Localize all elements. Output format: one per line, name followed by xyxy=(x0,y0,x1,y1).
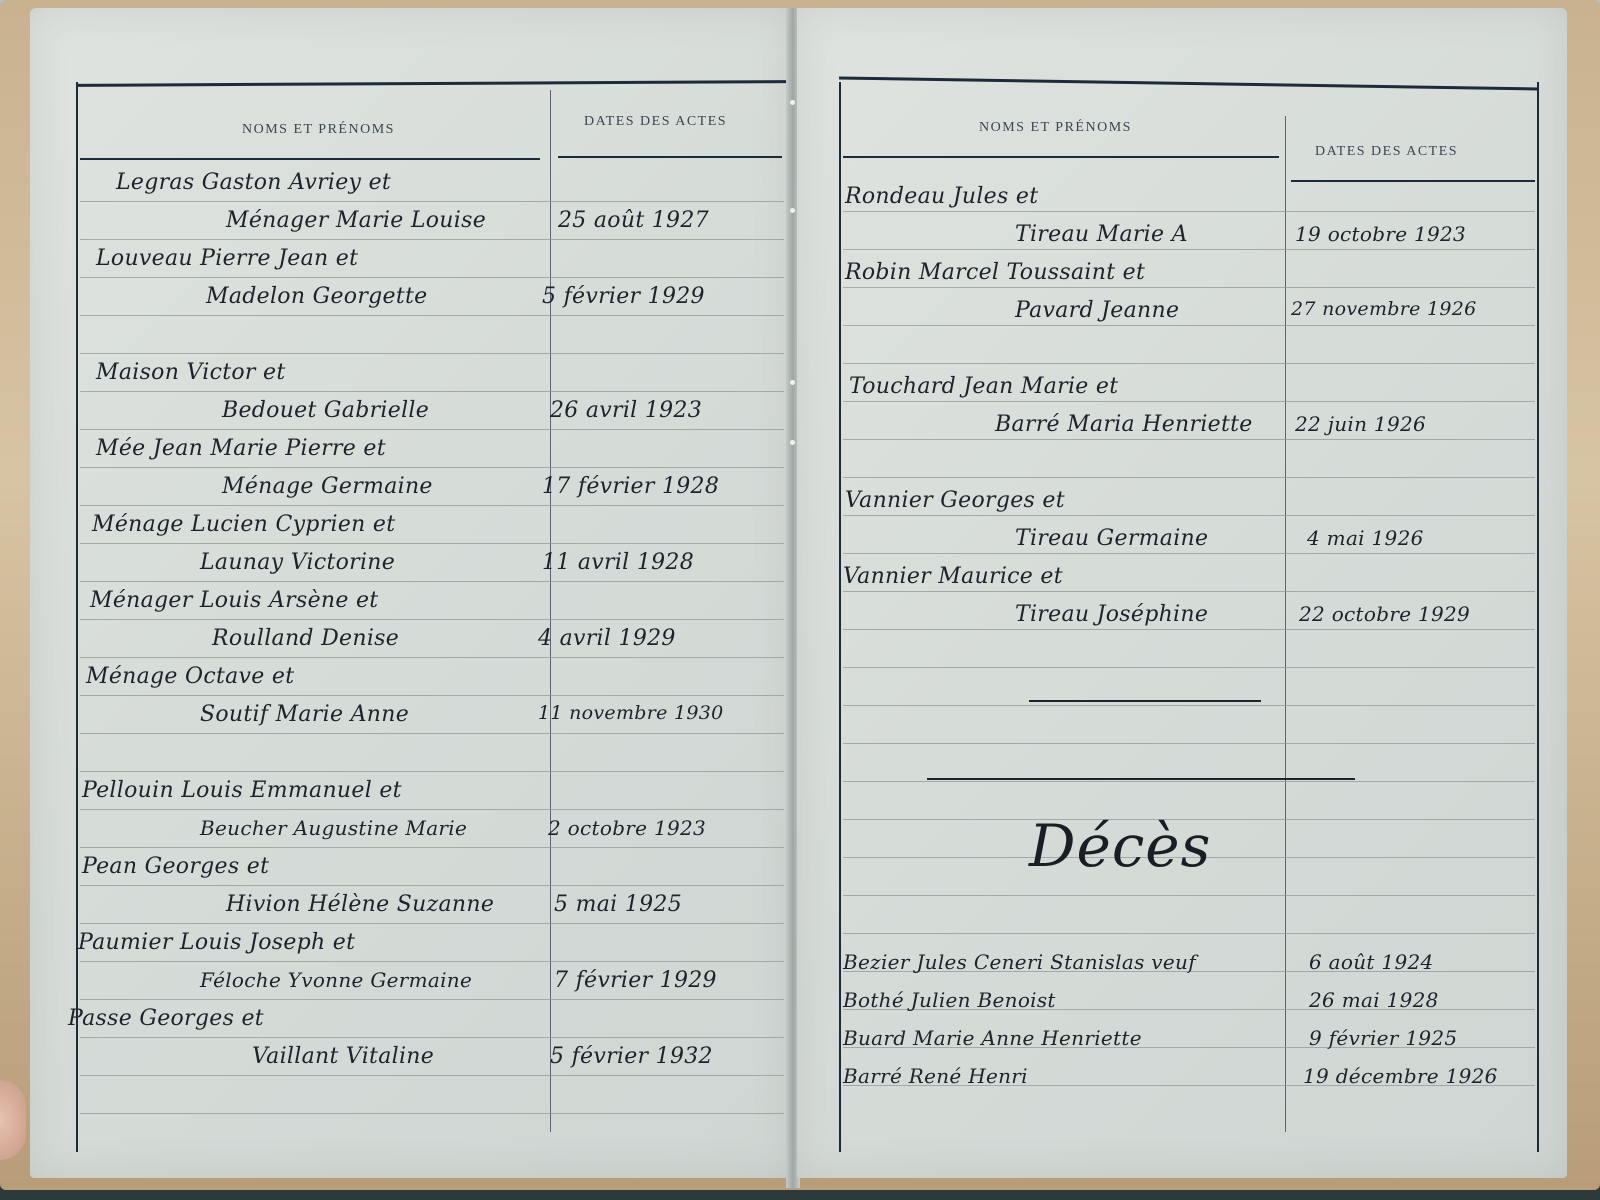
entry-name-line1: Touchard Jean Marie et xyxy=(849,374,1118,399)
right-page: NOMS ET PRÉNOMS DATES DES ACTES Rondeau … xyxy=(797,8,1567,1178)
names-header-rule xyxy=(80,158,540,160)
entry-date: 4 mai 1926 xyxy=(1307,526,1424,550)
register-entry: Rondeau Jules et Tireau Marie A 19 octob… xyxy=(839,180,1539,256)
register-entry: Touchard Jean Marie et Barré Maria Henri… xyxy=(839,370,1539,446)
left-page: NOMS ET PRÉNOMS DATES DES ACTES Legras G… xyxy=(30,8,792,1178)
deaths-list: Bezier Jules Ceneri Stanislas veuf 6 aoû… xyxy=(839,946,1539,1098)
register-entry: Paumier Louis Joseph et Féloche Yvonne G… xyxy=(76,926,788,1002)
entry-name-line1: Louveau Pierre Jean et xyxy=(96,246,358,271)
entry-name-line1: Vannier Georges et xyxy=(845,488,1065,513)
entry-name-line2: Roulland Denise xyxy=(212,626,399,651)
entry-name-line1: Robin Marcel Toussaint et xyxy=(845,260,1145,285)
names-column-header: NOMS ET PRÉNOMS xyxy=(242,122,395,138)
blank-row xyxy=(839,332,1539,370)
entry-date: 17 février 1928 xyxy=(542,474,719,499)
entry-name-line1: Ménage Octave et xyxy=(86,664,294,689)
entry-date: 26 avril 1923 xyxy=(550,398,702,423)
entry-name-line1: Vannier Maurice et xyxy=(843,564,1063,589)
left-entries-list: Legras Gaston Avriey et Ménager Marie Lo… xyxy=(76,166,788,1078)
blank-row xyxy=(76,736,788,774)
left-register-table: NOMS ET PRÉNOMS DATES DES ACTES Legras G… xyxy=(76,82,788,1152)
entry-name-line2: Launay Victorine xyxy=(200,550,395,575)
death-entry: Barré René Henri 19 décembre 1926 xyxy=(839,1060,1539,1098)
binding-hole xyxy=(790,100,795,105)
entry-date: 22 juin 1926 xyxy=(1295,412,1426,436)
entry-name-line2: Ménager Marie Louise xyxy=(226,208,486,233)
entry-name-line1: Passe Georges et xyxy=(68,1006,264,1031)
death-date: 26 mai 1928 xyxy=(1309,988,1439,1012)
entry-name-line1: Legras Gaston Avriey et xyxy=(116,170,391,195)
entry-name-line2: Tireau Germaine xyxy=(1015,526,1208,551)
entry-name-line1: Mée Jean Marie Pierre et xyxy=(96,436,386,461)
separator-long xyxy=(927,778,1355,780)
entry-name-line1: Ménager Louis Arsène et xyxy=(90,588,378,613)
register-entry: Legras Gaston Avriey et Ménager Marie Lo… xyxy=(76,166,788,242)
death-date: 19 décembre 1926 xyxy=(1303,1064,1498,1088)
entry-name-line1: Pellouin Louis Emmanuel et xyxy=(82,778,402,803)
death-entry: Bezier Jules Ceneri Stanislas veuf 6 aoû… xyxy=(839,946,1539,984)
entry-date: 11 avril 1928 xyxy=(542,550,694,575)
death-entry: Bothé Julien Benoist 26 mai 1928 xyxy=(839,984,1539,1022)
entry-name-line2: Tireau Joséphine xyxy=(1015,602,1208,627)
deces-section-title: Décès xyxy=(1029,812,1211,880)
death-entry: Buard Marie Anne Henriette 9 février 192… xyxy=(839,1022,1539,1060)
register-entry: Vannier Maurice et Tireau Joséphine 22 o… xyxy=(839,560,1539,636)
register-entry: Pellouin Louis Emmanuel et Beucher Augus… xyxy=(76,774,788,850)
entry-name-line2: Bedouet Gabrielle xyxy=(222,398,429,423)
entry-name-line1: Pean Georges et xyxy=(82,854,269,879)
register-entry: Louveau Pierre Jean et Madelon Georgette… xyxy=(76,242,788,318)
entry-date: 5 février 1929 xyxy=(542,284,705,309)
entry-name-line2: Pavard Jeanne xyxy=(1015,298,1179,323)
names-column-header: NOMS ET PRÉNOMS xyxy=(979,120,1132,136)
entry-date: 2 octobre 1923 xyxy=(548,816,706,840)
binding-hole xyxy=(790,380,795,385)
entry-name-line1: Rondeau Jules et xyxy=(845,184,1038,209)
register-entry: Vannier Georges et Tireau Germaine 4 mai… xyxy=(839,484,1539,560)
table-top-rule xyxy=(76,80,788,87)
register-entry: Passe Georges et Vaillant Vitaline 5 fév… xyxy=(76,1002,788,1078)
register-entry: Mée Jean Marie Pierre et Ménage Germaine… xyxy=(76,432,788,508)
dates-column-header: DATES DES ACTES xyxy=(584,114,727,130)
entry-name-line2: Hivion Hélène Suzanne xyxy=(226,892,494,917)
dates-header-rule xyxy=(558,156,782,158)
entry-date: 11 novembre 1930 xyxy=(538,702,724,724)
right-register-table: NOMS ET PRÉNOMS DATES DES ACTES Rondeau … xyxy=(839,82,1539,1152)
entry-date: 25 août 1927 xyxy=(558,208,709,233)
register-entry: Ménage Octave et Soutif Marie Anne 11 no… xyxy=(76,660,788,736)
death-date: 9 février 1925 xyxy=(1309,1026,1457,1050)
death-name: Bezier Jules Ceneri Stanislas veuf xyxy=(843,950,1196,974)
entry-name-line1: Paumier Louis Joseph et xyxy=(78,930,355,955)
register-entry: Pean Georges et Hivion Hélène Suzanne 5 … xyxy=(76,850,788,926)
entry-name-line2: Beucher Augustine Marie xyxy=(200,816,467,840)
entry-date: 5 mai 1925 xyxy=(554,892,682,917)
binding-hole xyxy=(790,208,795,213)
entry-date: 27 novembre 1926 xyxy=(1291,298,1477,320)
blank-row xyxy=(76,318,788,356)
entry-name-line1: Ménage Lucien Cyprien et xyxy=(92,512,395,537)
register-entry: Ménager Louis Arsène et Roulland Denise … xyxy=(76,584,788,660)
register-entry: Ménage Lucien Cyprien et Launay Victorin… xyxy=(76,508,788,584)
entry-name-line2: Vaillant Vitaline xyxy=(252,1044,434,1069)
entry-name-line2: Barré Maria Henriette xyxy=(995,412,1253,437)
death-name: Barré René Henri xyxy=(843,1064,1028,1088)
register-entry: Maison Victor et Bedouet Gabrielle 26 av… xyxy=(76,356,788,432)
entry-name-line2: Tireau Marie A xyxy=(1015,222,1188,247)
death-date: 6 août 1924 xyxy=(1309,950,1434,974)
entry-date: 7 février 1929 xyxy=(554,968,717,993)
right-entries-list: Rondeau Jules et Tireau Marie A 19 octob… xyxy=(839,180,1539,636)
dates-column-header: DATES DES ACTES xyxy=(1315,144,1458,160)
register-entry: Robin Marcel Toussaint et Pavard Jeanne … xyxy=(839,256,1539,332)
entry-date: 4 avril 1929 xyxy=(538,626,676,651)
separator-short xyxy=(1029,700,1261,702)
entry-name-line2: Soutif Marie Anne xyxy=(200,702,409,727)
entry-name-line2: Féloche Yvonne Germaine xyxy=(200,968,472,992)
entry-date: 19 octobre 1923 xyxy=(1295,222,1466,246)
entry-date: 22 octobre 1929 xyxy=(1299,602,1470,626)
death-name: Bothé Julien Benoist xyxy=(843,988,1056,1012)
binding-hole xyxy=(790,440,795,445)
entry-name-line2: Ménage Germaine xyxy=(222,474,433,499)
entry-date: 5 février 1932 xyxy=(550,1044,713,1069)
entry-name-line2: Madelon Georgette xyxy=(206,284,427,309)
blank-row xyxy=(839,446,1539,484)
entry-name-line1: Maison Victor et xyxy=(96,360,286,385)
table-top-rule xyxy=(839,77,1539,91)
death-name: Buard Marie Anne Henriette xyxy=(843,1026,1142,1050)
names-header-rule xyxy=(843,156,1279,158)
